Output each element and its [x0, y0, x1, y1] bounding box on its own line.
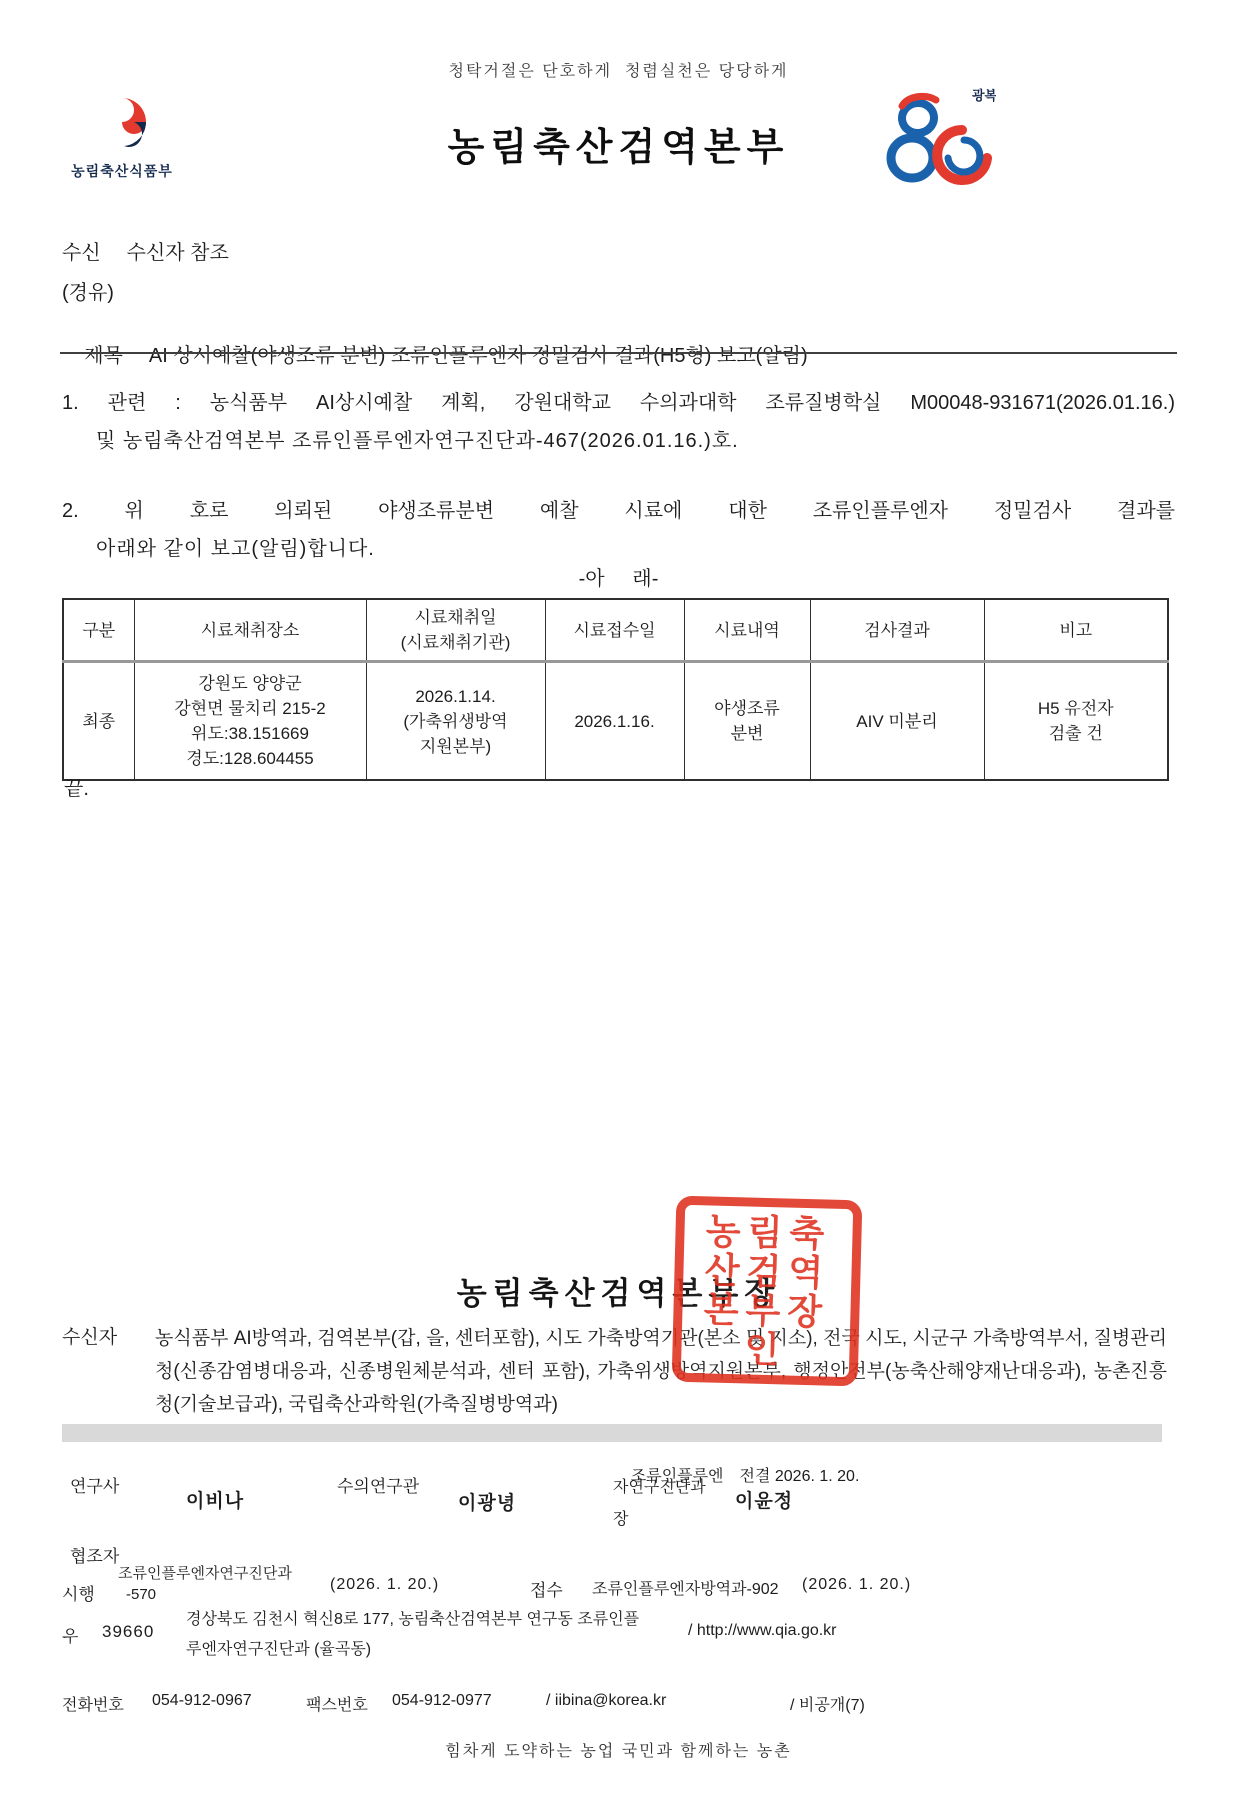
table-header-cell: 시료채취장소 [134, 599, 366, 662]
receipt-date: (2026. 1. 20.) [802, 1576, 911, 1594]
recipient-row: 수신수신자 참조 [62, 236, 229, 265]
table-cell: 강원도 양양군 강현면 물치리 215-2 위도:38.151669 경도:12… [134, 662, 366, 781]
official-stamp: 농림축 산검역 본부장 인 [672, 1196, 863, 1387]
signer-title: 농림축산검역본부장 [0, 1268, 1237, 1313]
separator-bar [62, 1424, 1162, 1442]
stamp-row: 본부장 [682, 1289, 851, 1332]
stamp-row: 농림축 [684, 1211, 853, 1254]
table-header-cell: 구분 [63, 599, 134, 662]
subject-label: 제목 [84, 345, 123, 367]
recipients-label: 수신자 [62, 1322, 117, 1349]
receipt-doc: 조류인플루엔자방역과-902 [592, 1576, 779, 1599]
table-header-row: 구분 시료채취장소 시료채취일 (시료채취기관) 시료접수일 시료내역 검사결과… [63, 599, 1168, 662]
stamp-row: 산검역 [683, 1250, 852, 1293]
chief-dept-line2: 자연구진단과 [613, 1474, 706, 1497]
result-paragraph-line2: 아래와 같이 보고(알림)합니다. [96, 532, 375, 561]
email-text: / iibina@korea.kr [546, 1692, 666, 1710]
phone-label: 전화번호 [62, 1692, 124, 1715]
table-row: 최종 강원도 양양군 강현면 물치리 215-2 위도:38.151669 경도… [63, 662, 1168, 781]
recipient-value: 수신자 참조 [127, 242, 229, 264]
website-url: / http://www.qia.go.kr [688, 1622, 837, 1640]
related-paragraph-line2: 및 농림축산검역본부 조류인플루엔자연구진단과-467(2026.01.16.)… [96, 424, 739, 453]
senior-researcher-label: 수의연구관 [337, 1472, 419, 1497]
address-line1: 경상북도 김천시 혁신8로 177, 농림축산검역본부 연구동 조류인플 [186, 1606, 639, 1629]
subject-value: AI 상시예찰(야생조류 분변) 조류인플루엔자 정밀검사 결과(H5형) 보고… [149, 345, 808, 367]
title-divider [60, 352, 1177, 354]
address-line2: 루엔자연구진단과 (율곡동) [186, 1636, 371, 1659]
recipient-label: 수신 [62, 242, 101, 264]
postal-label: 우 [62, 1622, 78, 1647]
issuance-date: (2026. 1. 20.) [330, 1576, 439, 1594]
bottom-slogan: 힘차게 도약하는 농업 국민과 함께하는 농촌 [0, 1738, 1237, 1761]
fax-label: 팩스번호 [306, 1692, 368, 1715]
results-table: 구분 시료채취장소 시료채취일 (시료채취기관) 시료접수일 시료내역 검사결과… [62, 598, 1169, 781]
table-cell: 2026.1.16. [545, 662, 684, 781]
phone-number: 054-912-0967 [152, 1692, 252, 1710]
anniversary-label: 광복 [972, 88, 996, 103]
table-header-cell: 시료채취일 (시료채취기관) [366, 599, 545, 662]
table-header-cell: 시료내역 [684, 599, 810, 662]
document-page: 청탁거절은 단호하게 청렴실천은 당당하게 농림축산식품부 농림축산검역본부 광… [0, 0, 1237, 1820]
receipt-label: 접수 [530, 1576, 563, 1601]
below-divider: -아 래- [0, 562, 1237, 591]
table-header-cell: 비고 [984, 599, 1168, 662]
delegation-note: 전결 2026. 1. 20. [740, 1468, 860, 1485]
result-paragraph-line1: 2. 위 호로 의뢰된 야생조류분변 예찰 시료에 대한 조류인플루엔자 정밀검… [62, 494, 1175, 523]
top-slogan: 청탁거절은 단호하게 청렴실천은 당당하게 [0, 58, 1237, 81]
anniversary-80-icon: 광복 [878, 82, 996, 200]
issuance-doc-number: -570 [126, 1586, 156, 1603]
table-cell: H5 유전자 검출 건 [984, 662, 1168, 781]
recipients-text: 농식품부 AI방역과, 검역본부(갑, 을, 센터포함), 시도 가축방역기관(… [155, 1322, 1167, 1421]
issuance-doc-line1: 조류인플루엔자연구진단과 [118, 1562, 292, 1583]
table-header-cell: 시료접수일 [545, 599, 684, 662]
table-cell: 야생조류 분변 [684, 662, 810, 781]
cooperator-label: 협조자 [70, 1542, 119, 1567]
page-title: 농림축산검역본부 [0, 116, 1237, 171]
table-cell: 최종 [63, 662, 134, 781]
fax-number: 054-912-0977 [392, 1692, 492, 1710]
table-cell: AIV 미분리 [810, 662, 984, 781]
senior-researcher-signature: 이광녕 [458, 1488, 516, 1515]
disclosure-text: / 비공개(7) [790, 1692, 865, 1715]
table-header-cell: 검사결과 [810, 599, 984, 662]
related-paragraph-line1: 1. 관련 : 농식품부 AI상시예찰 계획, 강원대학교 수의과대학 조류질병… [62, 386, 1175, 415]
researcher-signature: 이비나 [186, 1486, 244, 1513]
via-line: (경유) [62, 276, 114, 305]
chief-signature: 이윤정 [735, 1486, 793, 1513]
end-mark: 끝. [64, 772, 89, 801]
table-cell: 2026.1.14. (가축위생방역 지원본부) [366, 662, 545, 781]
stamp-row: 인 [681, 1328, 850, 1371]
issuance-label: 시행 [62, 1580, 95, 1605]
researcher-label: 연구사 [70, 1472, 119, 1497]
chief-dept-line3: 장 [613, 1506, 628, 1529]
postal-code: 39660 [102, 1622, 154, 1642]
